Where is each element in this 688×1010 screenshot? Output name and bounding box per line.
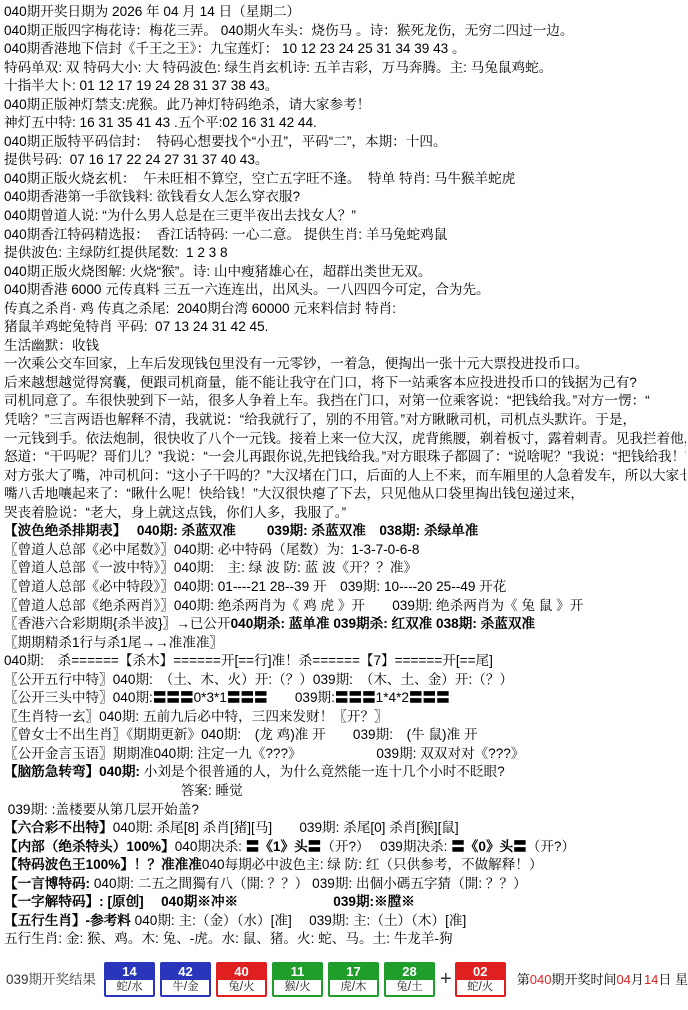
text-segment: 小刘是个很普通的人，为什么竟然能一连十几个小时不眨眼?: [140, 764, 505, 779]
text-line: 〖曾道人总部《必中特段》〗040期: 01----21 28--39 开 039…: [4, 578, 686, 597]
text-line: 【特码波色王100%】！？准准准040每期必中波色主: 绿 防: 红（只供参考，…: [4, 856, 686, 875]
ball-number: 28: [386, 964, 433, 980]
text-segment: 【脑筋急转弯】040期:: [4, 764, 140, 779]
text-line: 后来越想越觉得窝囊，便跟司机商量，能不能让我守在门口，将下一站乘客本应投进投币口…: [4, 374, 686, 393]
text-segment: 提供号码: 07 16 17 22 24 27 31 37 40 43。: [4, 152, 269, 167]
ball-label: 蛇/火: [457, 980, 504, 995]
text-segment: 〖曾道人总部《必中特段》〗040期: 01----21 28--39 开 039…: [4, 579, 506, 594]
text-line: 040期正版神灯禁支:虎猴。此乃神灯特码绝杀，请大家参考！: [4, 96, 686, 115]
text-line: 040期香港 6000 元传真料 三五一六连连出，出风头。一八四四今可定，合为先…: [4, 281, 686, 300]
text-line: 【内部（绝杀特头）100%】040期决杀: 〓《1》头〓（开?） 039期决杀:…: [4, 838, 686, 857]
text-line: 【脑筋急转弯】040期: 小刘是个很普通的人，为什么竟然能一连十几个小时不眨眼?: [4, 763, 686, 782]
text-segment: 【内部（绝杀特头）100%】: [4, 839, 175, 854]
text-segment: 凭啥？”三言两语也解释不清，我就说：“给我就行了，别的不用管。”对方瞅瞅司机，司…: [4, 412, 636, 427]
text-segment: 后来越想越觉得窝囊，便跟司机商量，能不能让我守在门口，将下一站乘客本应投进投币口…: [4, 375, 637, 390]
text-segment: 〓〓〓: [153, 690, 194, 705]
next-draw-segment: 月: [631, 972, 644, 987]
text-segment: （开?） 039期决杀:: [321, 839, 451, 854]
text-segment: 【五行生肖】-参考料: [4, 913, 131, 928]
text-line: 〖生肖特一玄〗040期: 五前九后必中特，三四来发财！〖开？〗: [4, 708, 686, 727]
ball-number: 42: [162, 964, 209, 980]
text-segment: 040期: 杀======【杀木】======开[==行]准！杀======【7…: [4, 653, 493, 668]
text-segment: 040期正版特平码信封： 特码心想要找个“小丑”，平码“二”，本期：十四。: [4, 134, 447, 149]
text-segment: 答案: 睡觉: [4, 783, 243, 798]
text-segment: 040期正版四字梅花诗：梅花三弄。 040期火车头：烧伤马 。诗：猴死龙伤，无穷…: [4, 23, 573, 38]
document-body: 040期开奖日期为 2026 年 04 月 14 日（星期二）040期正版四字梅…: [0, 0, 688, 949]
text-segment: 〓〓〓: [335, 690, 376, 705]
text-line: 提供号码: 07 16 17 22 24 27 31 37 40 43。: [4, 151, 686, 170]
text-segment: 040期曾道人说: “为什么男人总是在三更半夜出去找女人？”: [4, 208, 356, 223]
result-ball: 42牛/金: [160, 962, 211, 997]
text-line: 猪鼠羊鸡蛇兔特肖 平码: 07 13 24 31 42 45.: [4, 318, 686, 337]
text-line: 一次乘公交车回家，上车后发现钱包里没有一元零钞，一着急，便掏出一张十元大票投进投…: [4, 355, 686, 374]
text-line: 〖公开三头中特〗040期:〓〓〓0*3*1〓〓〓 039期:〓〓〓1*4*2〓〓…: [4, 689, 686, 708]
text-segment: （开?）: [527, 839, 575, 854]
text-segment: 1*4*2: [376, 690, 409, 705]
text-segment: 猪鼠羊鸡蛇兔特肖 平码: 07 13 24 31 42 45.: [4, 319, 268, 334]
text-segment: 〖公开三头中特〗040期:: [4, 690, 153, 705]
text-segment: 040期香港第一手欲钱料: 欲钱看女人怎么穿衣服?: [4, 189, 300, 204]
text-line: 〖期期精杀1行与杀1尾→→准准准〗: [4, 634, 686, 653]
text-line: 特码单双: 双 特码大小: 大 特码波色: 绿生肖玄机诗: 五羊吉彩，万马奔腾。…: [4, 59, 686, 78]
text-segment: 〖公开五行中特〗040期: （土、木、火）开:（？）039期: （木、土、金）开…: [4, 672, 513, 687]
text-line: 答案: 睡觉: [4, 782, 686, 801]
text-segment: 传真之杀肖· 鸡 传真之杀尾: 2040期台湾 60000 元来料信封 特肖:: [4, 301, 396, 316]
text-segment: 五行生肖: 金: 猴、鸡。木: 兔、-虎。水: 鼠、猪。火: 蛇、马。土: 牛龙…: [4, 931, 453, 946]
next-draw-segment: 14: [644, 972, 658, 987]
text-segment: 【特码波色王100%】！？准准准: [4, 857, 202, 872]
text-segment: 【一字解特码】: [原创] 040期※冲※ 039期:※膛※: [4, 894, 415, 909]
text-line: 【五行生肖】-参考料 040期: 主:（金）（水）[准] 039期: 主:（土）…: [4, 912, 686, 931]
text-line: 嘴八舌地嚷起来了：“瞅什么呢！快给钱！”大汉很快瘪了下去，只见他从口袋里掏出钱包…: [4, 485, 686, 504]
result-ball: 28兔/土: [384, 962, 435, 997]
text-segment: 〓《1》头〓: [246, 839, 322, 854]
text-line: 【波色绝杀排期表】 040期: 杀蓝双准 039期: 杀蓝双准 038期: 杀绿…: [4, 522, 686, 541]
text-line: 040期曾道人说: “为什么男人总是在三更半夜出去找女人？”: [4, 207, 686, 226]
text-line: 〖公开金言玉语〗期期准040期: 注定一九《???》 039期: 双双对对《??…: [4, 745, 686, 764]
text-line: 神灯五中特: 16 31 35 41 43 .五个平:02 16 31 42 4…: [4, 114, 686, 133]
text-segment: 0*3*1: [194, 690, 227, 705]
text-segment: 〖曾道人总部《绝杀两肖》〗040期: 绝杀两肖为《 鸡 虎 》开 039期: 绝…: [4, 598, 583, 613]
text-line: 提供波色: 主绿防红提供尾数: 1 2 3 8: [4, 244, 686, 263]
result-ball: 02蛇/火: [455, 962, 506, 997]
text-line: 〖曾女士不出生肖〗《期期更新》040期: (龙 鸡)准 开 039期: (牛 鼠…: [4, 726, 686, 745]
text-line: 怒道：“干吗呢？哥们儿？”我说：“一会儿再跟你说,先把钱给我。”对方眼珠子都圆了…: [4, 448, 686, 467]
text-line: 〖曾道人总部《一波中特》〗040期: 主: 绿 波 防: 蓝 波《开？？准》: [4, 559, 686, 578]
text-line: 【一言博特码: 040期: 二五之間獨有八（開: ？？） 039期: 出個小碼五…: [4, 875, 686, 894]
text-line: 040期正版四字梅花诗：梅花三弄。 040期火车头：烧伤马 。诗：猴死龙伤，无穷…: [4, 22, 686, 41]
text-segment: 039期: :盖楼要从第几层开始盖?: [4, 802, 199, 817]
text-segment: 〖曾道人总部《必中尾数》〗040期: 必中特码（尾数）为: 1-3-7-0-6-…: [4, 542, 419, 557]
text-segment: 对方张大了嘴，冲司机问：“这小子干吗的？”大汉堵在门口，后面的人上不来，而车厢里…: [4, 468, 686, 483]
next-draw-info: 第040期开奖时间04月14日 星期二21:30: [517, 969, 688, 997]
text-segment: 040期开奖日期为 2026 年 04 月 14 日（星期二）: [4, 4, 300, 19]
text-line: 040期: 杀======【杀木】======开[==行]准！杀======【7…: [4, 652, 686, 671]
text-segment: 040期香港地下信封《千王之王》：九宝莲灯： 10 12 23 24 25 31…: [4, 41, 466, 56]
text-segment: 哭丧着脸说：“老大，身上就这点钱，你们人多，我服了。”: [4, 505, 346, 520]
text-segment: 特码单双: 双 特码大小: 大 特码波色: 绿生肖玄机诗: 五羊吉彩，万马奔腾。…: [4, 60, 552, 75]
text-segment: 【波色绝杀排期表】 040期: 杀蓝双准 039期: 杀蓝双准 038期: 杀绿…: [4, 523, 478, 538]
ball-label: 蛇/水: [106, 980, 153, 995]
ball-number: 40: [218, 964, 265, 980]
result-bar: 039期开奖结果 14蛇/水42牛/金40兔/火11猴/火17虎/木28兔/土 …: [0, 949, 688, 997]
text-line: 040期香江特码精选报： 香江话特码: 一心二意。 提供生肖: 羊马兔蛇鸡鼠: [4, 226, 686, 245]
text-segment: 040期香江特码精选报： 香江话特码: 一心二意。 提供生肖: 羊马兔蛇鸡鼠: [4, 227, 447, 242]
text-segment: 嘴八舌地嚷起来了：“瞅什么呢！快给钱！”大汉很快瘪了下去，只见他从口袋里掏出钱包…: [4, 486, 584, 501]
text-segment: 生活幽默：收钱: [4, 338, 99, 353]
text-line: 【六合彩不出特】040期: 杀尾[8] 杀肖[猪][马] 039期: 杀尾[0]…: [4, 819, 686, 838]
text-segment: 040期: 二五之間獨有八（開: ？？） 039期: 出個小碼五字猜（開: ？？…: [94, 876, 527, 891]
text-line: 司机同意了。车很快驶到下一站，很多人争着上车。我挡在门口，对第一位乘客说：“把钱…: [4, 392, 686, 411]
plus-sign: +: [440, 968, 455, 997]
text-line: 十指半大卜: 01 12 17 19 24 28 31 37 38 43。: [4, 77, 686, 96]
result-ball: 14蛇/水: [104, 962, 155, 997]
text-line: 039期: :盖楼要从第几层开始盖?: [4, 801, 686, 820]
text-line: 【一字解特码】: [原创] 040期※冲※ 039期:※膛※: [4, 893, 686, 912]
result-balls: 14蛇/水42牛/金40兔/火11猴/火17虎/木28兔/土: [104, 962, 440, 997]
text-segment: 【六合彩不出特】: [4, 820, 113, 835]
text-line: 哭丧着脸说：“老大，身上就这点钱，你们人多，我服了。”: [4, 504, 686, 523]
text-line: 传真之杀肖· 鸡 传真之杀尾: 2040期台湾 60000 元来料信封 特肖:: [4, 300, 686, 319]
text-line: 040期正版火烧玄机： 午未旺相不算空，空亡五字旺不逢。 特单 特肖: 马牛猴羊…: [4, 170, 686, 189]
text-line: 〖曾道人总部《必中尾数》〗040期: 必中特码（尾数）为: 1-3-7-0-6-…: [4, 541, 686, 560]
next-draw-segment: 期开奖时间: [551, 972, 616, 987]
text-line: 040期正版火烧图解: 火烧“猴”。诗: 山中瘦猪雄心在，超群出类世无双。: [4, 263, 686, 282]
text-line: 040期香港第一手欲钱料: 欲钱看女人怎么穿衣服?: [4, 188, 686, 207]
result-ball: 40兔/火: [216, 962, 267, 997]
text-segment: 〖期期精杀1行与杀1尾→→准准准〗: [4, 635, 223, 650]
ball-number: 14: [106, 964, 153, 980]
ball-number: 02: [457, 964, 504, 980]
text-line: 五行生肖: 金: 猴、鸡。木: 兔、-虎。水: 鼠、猪。火: 蛇、马。土: 牛龙…: [4, 930, 686, 949]
ball-label: 虎/木: [330, 980, 377, 995]
text-segment: 提供波色: 主绿防红提供尾数: 1 2 3 8: [4, 245, 228, 260]
text-segment: 〖曾道人总部《一波中特》〗040期: 主: 绿 波 防: 蓝 波《开？？准》: [4, 560, 417, 575]
text-segment: 040期香港 6000 元传真料 三五一六连连出，出风头。一八四四今可定，合为先…: [4, 282, 490, 297]
text-line: 一元钱到手。依法炮制，很快收了八个一元钱。接着上来一位大汉，虎背熊腰，剃着板寸，…: [4, 430, 686, 449]
text-segment: 040期: 主:（金）（水）[准] 039期: 主:（土）（木）[准]: [131, 913, 466, 928]
text-line: 040期开奖日期为 2026 年 04 月 14 日（星期二）: [4, 3, 686, 22]
text-segment: 040期杀: 蓝单准 039期杀: 红双准 038期: 杀蓝双准: [231, 616, 535, 631]
text-line: 〖香港六合彩期期{杀半波}〗→已公开040期杀: 蓝单准 039期杀: 红双准 …: [4, 615, 686, 634]
ball-label: 兔/土: [386, 980, 433, 995]
text-line: 生活幽默：收钱: [4, 337, 686, 356]
ball-number: 17: [330, 964, 377, 980]
ball-label: 猴/火: [274, 980, 321, 995]
text-segment: 怒道：“干吗呢？哥们儿？”我说：“一会儿再跟你说,先把钱给我。”对方眼珠子都圆了…: [4, 449, 686, 464]
next-draw-segment: 日 星期: [658, 972, 688, 987]
text-segment: 〖公开金言玉语〗期期准040期: 注定一九《???》 039期: 双双对对《??…: [4, 746, 524, 761]
text-segment: 040期: 杀尾[8] 杀肖[猪][马] 039期: 杀尾[0] 杀肖[猴][鼠…: [113, 820, 459, 835]
text-segment: 一次乘公交车回家，上车后发现钱包里没有一元零钞，一着急，便掏出一张十元大票投进投…: [4, 356, 589, 371]
text-segment: 039期:: [268, 690, 335, 705]
next-draw-segment: 040: [530, 972, 552, 987]
text-segment: 040期决杀:: [175, 839, 246, 854]
ball-label: 牛/金: [162, 980, 209, 995]
text-segment: 司机同意了。车很快驶到下一站，很多人争着上车。我挡在门口，对第一位乘客说：“把钱…: [4, 393, 650, 408]
text-segment: 040期正版火烧玄机： 午未旺相不算空，空亡五字旺不逢。 特单 特肖: 马牛猴羊…: [4, 171, 515, 186]
text-line: 040期香港地下信封《千王之王》：九宝莲灯： 10 12 23 24 25 31…: [4, 40, 686, 59]
text-segment: 〖香港六合彩期期{杀半波}〗→已公开: [4, 616, 231, 631]
text-segment: 〖曾女士不出生肖〗《期期更新》040期: (龙 鸡)准 开 039期: (牛 鼠…: [4, 727, 478, 742]
text-segment: 040期正版火烧图解: 火烧“猴”。诗: 山中瘦猪雄心在，超群出类世无双。: [4, 264, 431, 279]
ball-number: 11: [274, 964, 321, 980]
ball-label: 兔/火: [218, 980, 265, 995]
next-draw-segment: 04: [616, 972, 630, 987]
text-segment: 【一言博特码:: [4, 876, 94, 891]
special-ball-holder: 02蛇/火: [455, 962, 511, 997]
result-bar-label: 039期开奖结果: [6, 968, 96, 997]
text-segment: 十指半大卜: 01 12 17 19 24 28 31 37 38 43。: [4, 78, 278, 93]
text-segment: 神灯五中特: 16 31 35 41 43 .五个平:02 16 31 42 4…: [4, 115, 317, 130]
text-segment: 040每期必中波色主: 绿 防: 红（只供参考，不做解释！）: [202, 857, 543, 872]
text-segment: 〖生肖特一玄〗040期: 五前九后必中特，三四来发财！〖开？〗: [4, 709, 388, 724]
text-segment: 一元钱到手。依法炮制，很快收了八个一元钱。接着上来一位大汉，虎背熊腰，剃着板寸，…: [4, 431, 686, 446]
result-ball: 17虎/木: [328, 962, 379, 997]
result-ball: 11猴/火: [272, 962, 323, 997]
text-segment: 040期正版神灯禁支:虎猴。此乃神灯特码绝杀，请大家参考！: [4, 97, 370, 112]
text-line: 凭啥？”三言两语也解释不清，我就说：“给我就行了，别的不用管。”对方瞅瞅司机，司…: [4, 411, 686, 430]
text-segment: 〓〓〓: [227, 690, 268, 705]
text-segment: 〓〓〓: [409, 690, 450, 705]
next-draw-segment: 第: [517, 972, 530, 987]
text-line: 040期正版特平码信封： 特码心想要找个“小丑”，平码“二”，本期：十四。: [4, 133, 686, 152]
text-line: 对方张大了嘴，冲司机问：“这小子干吗的？”大汉堵在门口，后面的人上不来，而车厢里…: [4, 467, 686, 486]
text-line: 〖曾道人总部《绝杀两肖》〗040期: 绝杀两肖为《 鸡 虎 》开 039期: 绝…: [4, 597, 686, 616]
text-segment: 〓《0》头〓: [451, 839, 527, 854]
text-line: 〖公开五行中特〗040期: （土、木、火）开:（？）039期: （木、土、金）开…: [4, 671, 686, 690]
